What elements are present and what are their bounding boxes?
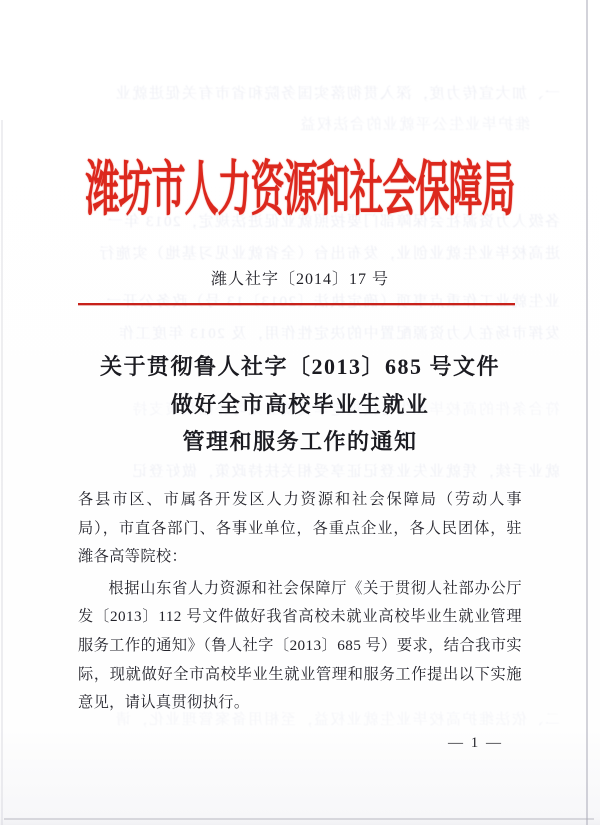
document-title-line-3: 管理和服务工作的通知 (0, 423, 600, 461)
document-title-line-1: 关于贯彻鲁人社字〔2013〕685 号文件 (0, 348, 600, 386)
paper-edge-bottom (4, 818, 594, 820)
page-number: — 1 — (448, 735, 503, 752)
bleed-through-line: 就业手续，凭就业失业登记证享受相关扶持政策，做好登记 (40, 460, 560, 481)
paper-edge-right (586, 0, 588, 825)
document-title-line-2: 做好全市高校毕业生就业 (0, 386, 600, 424)
scanned-document-page: 一、加大宣传力度，深入贯彻落实国务院和省市有关促进就业 维护毕业生公平就业的合法… (0, 0, 600, 825)
document-body: 各县市区、市属各开发区人力资源和社会保障局（劳动人事局），市直各部门、各事业单位… (78, 486, 522, 718)
red-divider-rule (78, 303, 515, 305)
salutation-paragraph: 各县市区、市属各开发区人力资源和社会保障局（劳动人事局），市直各部门、各事业单位… (78, 486, 522, 572)
agency-letterhead: 潍坊市人力资源和社会保障局 (0, 141, 600, 190)
bleed-through-line: 进高校毕业生就业创业，发布出台（全省就业见习基地）实施行 (40, 242, 560, 263)
agency-name: 潍坊市人力资源和社会保障局 (86, 141, 515, 227)
document-title: 关于贯彻鲁人社字〔2013〕685 号文件 做好全市高校毕业生就业 管理和服务工… (0, 348, 600, 461)
main-paragraph: 根据山东省人力资源和社会保障厅《关于贯彻人社部办公厅发〔2013〕112 号文件… (78, 575, 522, 718)
bleed-through-line: 业生就业工作重点事项（确定执法〔2013〕13 号）政务公开一 (40, 290, 560, 311)
bleed-through-line: 发挥市场在人力资源配置中的决定性作用，及 2013 年度工作 (40, 322, 560, 343)
bleed-through-line: 一、加大宣传力度，深入贯彻落实国务院和省市有关促进就业 (40, 82, 560, 103)
bleed-through-line: 维护毕业生公平就业的合法权益 (130, 113, 530, 134)
paper-edge-left (1, 120, 3, 825)
document-number: 潍人社字〔2014〕17 号 (0, 266, 600, 289)
